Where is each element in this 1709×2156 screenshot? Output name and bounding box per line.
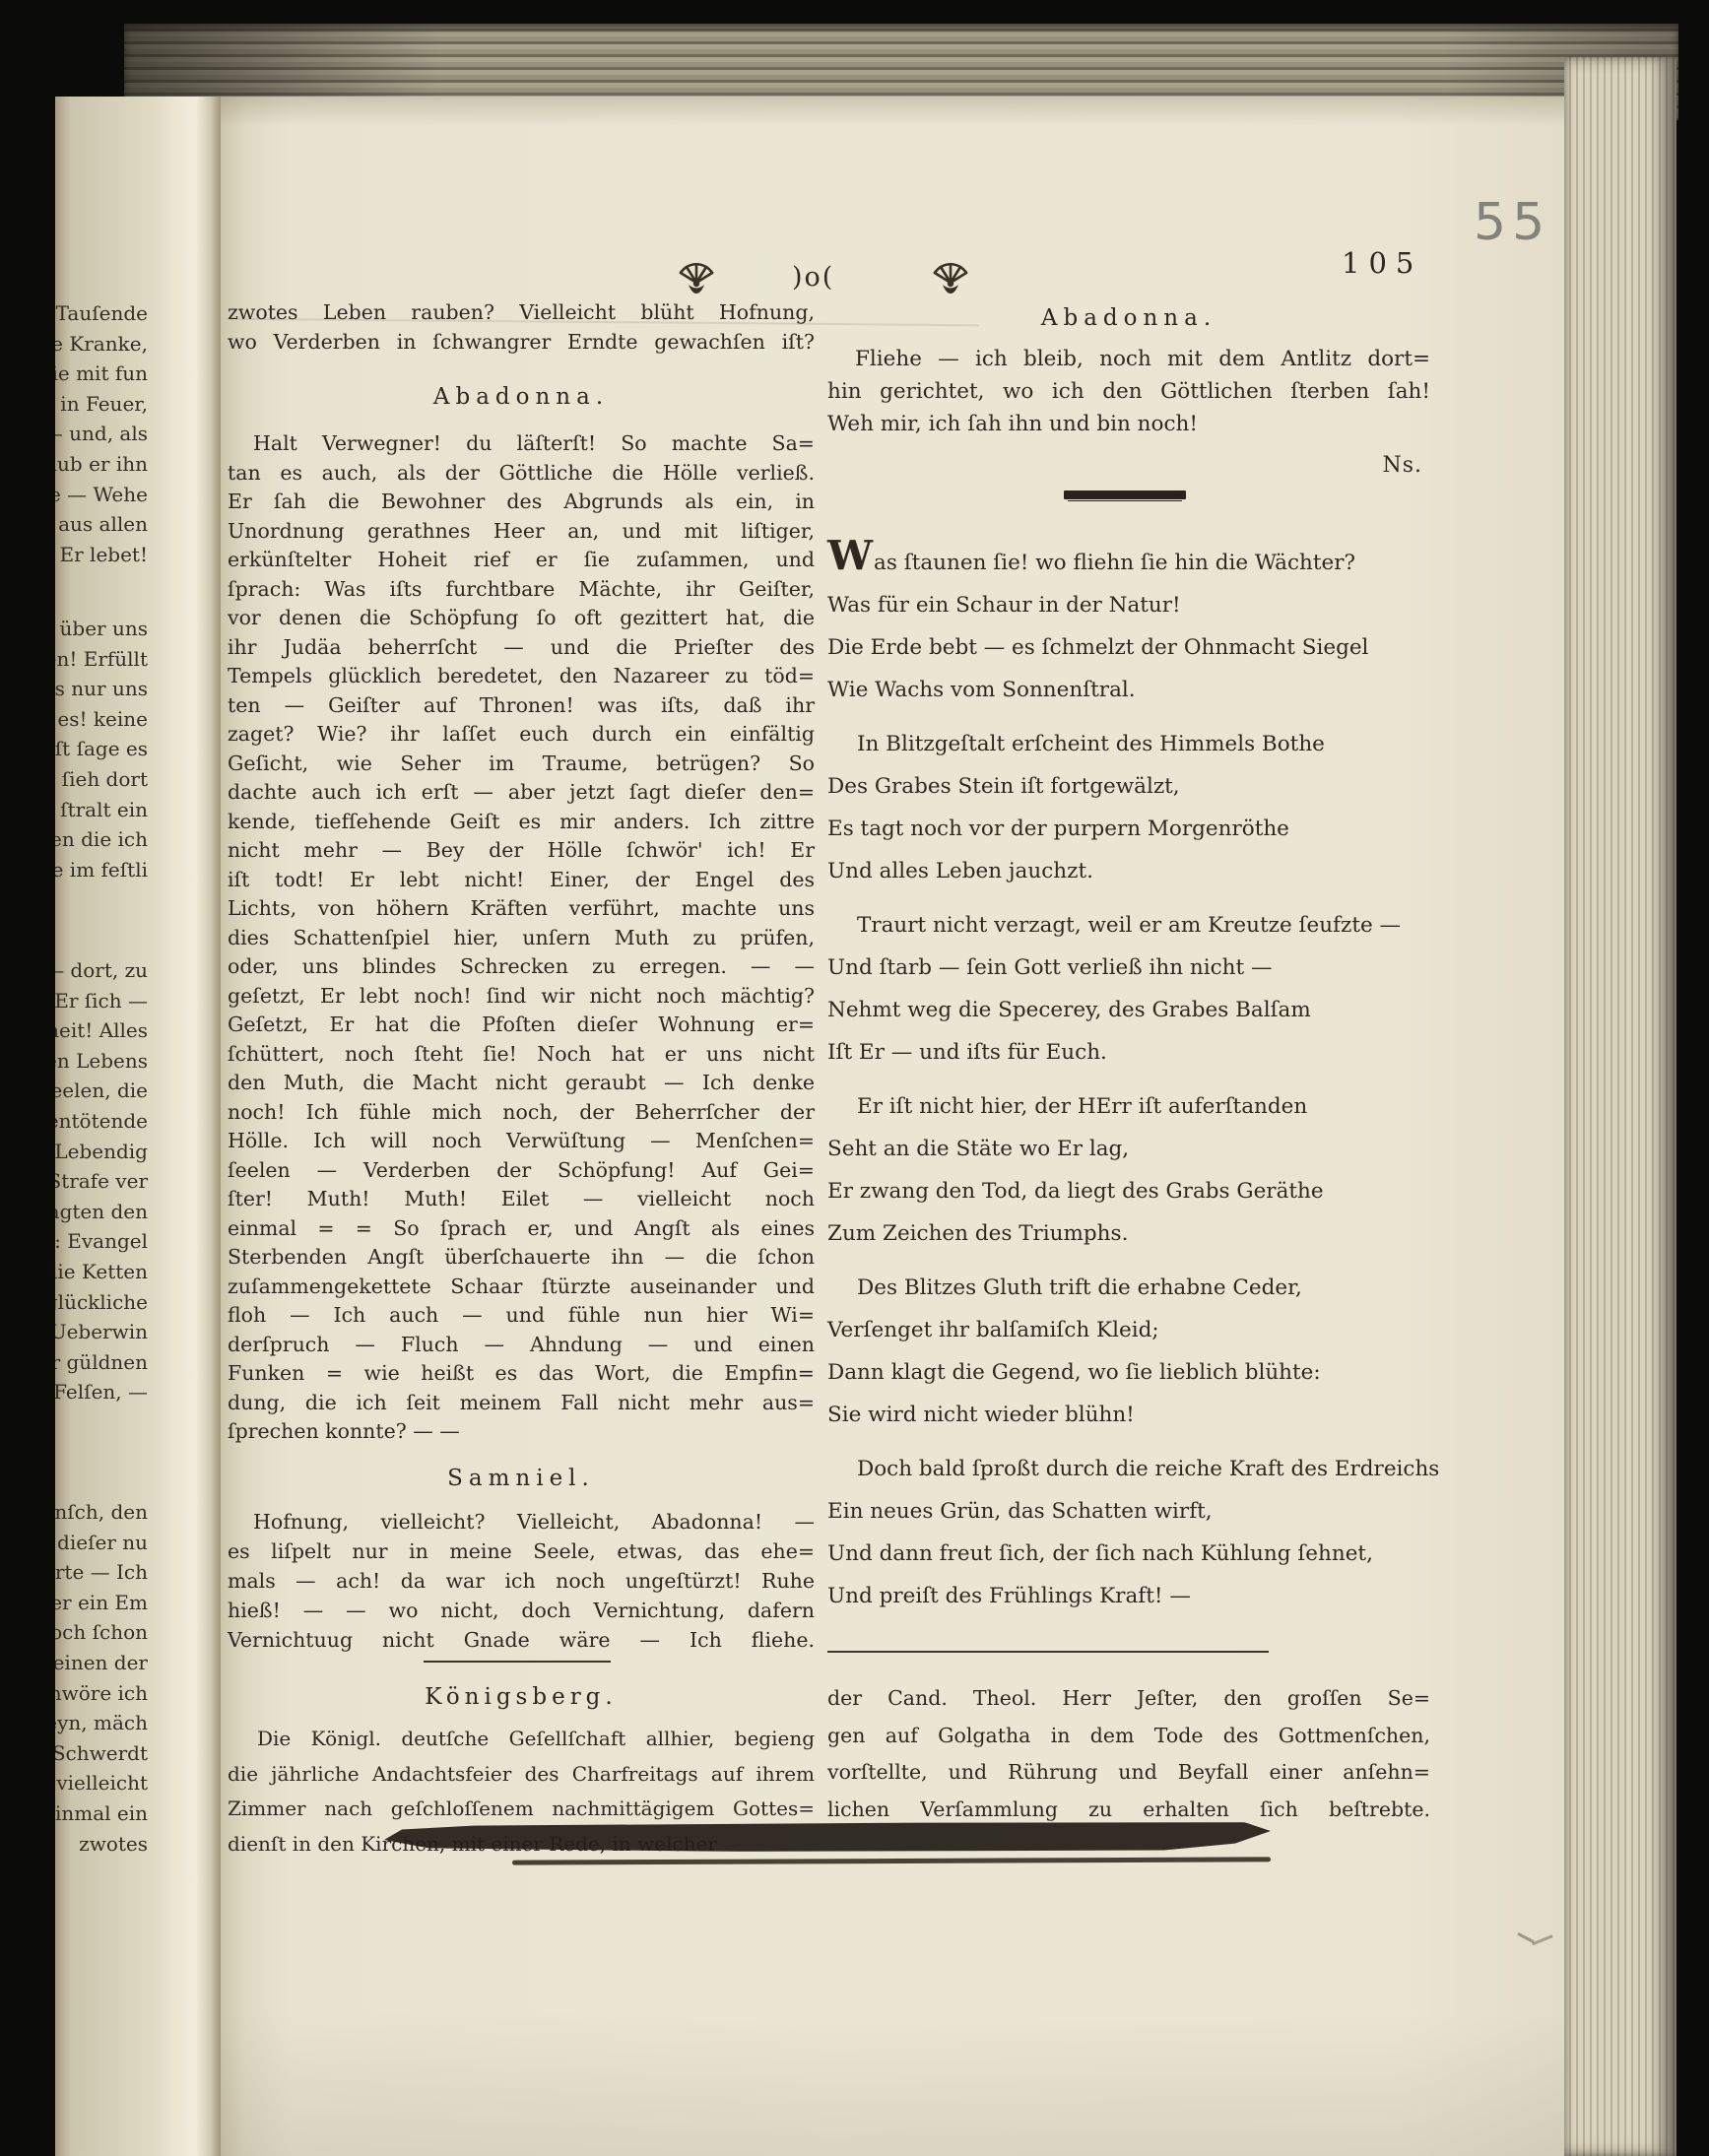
text-line: Und alles Leben jauchzt.	[827, 850, 1430, 892]
text-line: Gebeinen der	[55, 1648, 148, 1678]
section-rule	[424, 1661, 611, 1663]
text-line: ) ſelbſt ſage es	[55, 734, 148, 764]
text-line: den Muth, die Macht nicht geraubt — Ich …	[228, 1069, 815, 1098]
text-line: ihr Judäa beherrſcht — und die Prieſter …	[228, 633, 815, 663]
text-line: vorſtellte, und Rührung und Beyfall eine…	[827, 1754, 1430, 1792]
page-105: 55 105 )o(	[221, 97, 1564, 2156]
text-line: örte — Ich	[55, 1557, 148, 1588]
text-line: erkünſtelter Hoheit rief er ſie zuſammen…	[228, 546, 815, 575]
text-line: ndte Er ſich —	[55, 986, 148, 1016]
text-line: re, hub er ihn	[55, 449, 148, 480]
text-line: dies Schattenſpiel hier, unſern Muth zu …	[228, 924, 815, 953]
text-line: Und ſtarb — ſein Gott verließ ihn nicht …	[827, 947, 1430, 989]
text-line: Was ſtaunen ſie! wo fliehn ſie hin die W…	[827, 535, 1430, 584]
text-line: h als glückliche	[55, 1287, 148, 1318]
signature-mark: )o(	[792, 262, 834, 293]
text-line: In Blitzgeſtalt erſcheint des Himmels Bo…	[827, 723, 1430, 765]
text-line: es liſpelt nur in meine Seele, etwas, da…	[228, 1536, 815, 1566]
text-line: hin gerichtet, wo ich den Göttlichen ſte…	[827, 375, 1430, 408]
text-line: Geſetzt, Er hat die Pfoſten dieſer Wohnu…	[228, 1011, 815, 1040]
text-line: Weh mir, ich ſah ihn und bin noch!	[827, 408, 1430, 440]
text-line: die Seelen, die	[55, 1076, 148, 1106]
text-line: Doch bald ſproßt durch die reiche Kraft …	[827, 1448, 1430, 1490]
text-line: floh — Ich auch — und fühle nun hier Wi=	[228, 1301, 815, 1331]
text-line: dung, die ich ſeit meinem Fall nicht meh…	[228, 1389, 815, 1418]
text-line: hr, die über uns	[55, 614, 148, 644]
text-line: d beklagten den	[55, 1197, 148, 1227]
text-line: der Felſen, —	[55, 1377, 148, 1407]
text-line: wo Verderben in ſchwangrer Erndte gewach…	[228, 328, 815, 358]
text-line: elen die Ketten	[55, 1257, 148, 1287]
text-line: kende, tiefſehende Geiſt es mir anders. …	[228, 808, 815, 837]
text-line: Echo aus allen	[55, 509, 148, 540]
text-line: Nehmt weg die Specerey, des Grabes Balſa…	[827, 989, 1430, 1031]
samniel-speech-paragraph: Hofnung, vielleicht? Vielleicht, Abadonn…	[228, 1507, 815, 1655]
text-line: ten — Geiſter auf Thronen! was iſts, daß…	[228, 691, 815, 721]
fragment-group: ung — dort, zundte Er ſich —Freiheit! Al…	[55, 955, 148, 1407]
text-line: Des Blitzes Gluth trift die erhabne Cede…	[827, 1267, 1430, 1309]
text-line: die jährliche Andachtsfeier des Charfrei…	[228, 1757, 815, 1793]
text-line: Zimmer nach geſchloſſenem nachmittägigem…	[228, 1792, 815, 1827]
text-line: nicht mehr — Bey der Hölle ſchwör' ich! …	[228, 836, 815, 866]
text-line: zu ſeyn, mäch	[55, 1708, 148, 1738]
text-line: Lichts, von höhern Kräften verführt, mac…	[228, 894, 815, 924]
text-line: gen auf Golgatha in dem Tode des Gottmen…	[827, 1718, 1430, 1755]
ink-smear-bar	[384, 1822, 1271, 1852]
text-line: n Wunſch, den	[55, 1497, 148, 1528]
speaker-heading-abadonna: Abadonna.	[228, 384, 815, 410]
text-line: fte — und, als	[55, 419, 148, 449]
text-line: eten ſie mit fun	[55, 359, 148, 389]
text-line: noch! Ich fühle mich noch, der Beherrſch…	[228, 1098, 815, 1128]
handwritten-folio-number: 55	[1474, 193, 1550, 252]
text-line: mals — ach! da war ich noch ungeſtürzt! …	[228, 1566, 815, 1596]
text-line: chlingen! Erfüllt	[55, 644, 148, 675]
text-line: Zum Zeichen des Triumphs.	[827, 1212, 1430, 1255]
text-line: Und dann freut ſich, der ſich nach Kühlu…	[827, 1533, 1430, 1575]
stanza-gap	[827, 711, 1430, 723]
stanza-gap	[827, 1436, 1430, 1448]
text-line: hieß! — — wo nicht, doch Vernichtung, da…	[228, 1596, 815, 1625]
text-line: Seelen die ich	[55, 824, 148, 855]
printed-page-number: 105	[1342, 246, 1422, 280]
text-line: en ſie im feſtli	[55, 855, 148, 885]
fan-fleuron-icon	[676, 260, 717, 301]
text-line: Chaos nur uns	[55, 674, 148, 704]
text-line: des Ueberwin	[55, 1317, 148, 1347]
text-line: zwotes Leben rauben? Vielleicht blüht Ho…	[228, 298, 815, 328]
text-line: rten: Evangel	[55, 1226, 148, 1257]
text-line: ſter! Muth! Muth! Eilet — vielleicht noc…	[228, 1185, 815, 1214]
carryover-paragraph: zwotes Leben rauben? Vielleicht blüht Ho…	[228, 298, 815, 357]
text-line: derſpruch — Fluch — Ahndung — und einen	[228, 1331, 815, 1360]
text-line: iſt todt! Er lebt nicht! Einer, der Enge…	[228, 866, 815, 895]
text-line: ſtieſſen Tauſende	[55, 298, 148, 329]
text-line: ſprach: Was iſts furchtbare Mächte, ihr …	[228, 575, 815, 605]
author-initials: Ns.	[1382, 453, 1422, 478]
speaker-heading-abadonna-right: Abadonna.	[827, 305, 1430, 331]
text-line: vielleicht	[55, 1768, 148, 1798]
text-line: Iſt Er — und iſts für Euch.	[827, 1031, 1430, 1074]
fragment-group: hr, die über unschlingen! ErfülltChaos n…	[55, 614, 148, 884]
text-line: Traurt nicht verzagt, weil er am Kreutze…	[827, 904, 1430, 947]
text-line: onna! ſieh dort	[55, 764, 148, 795]
text-line: ens, ſtralt ein	[55, 795, 148, 825]
stanza-gap	[827, 1074, 1430, 1085]
fan-fleuron-icon	[930, 260, 971, 301]
text-line: einmal = = So ſprach er, und Angſt als e…	[228, 1214, 815, 1244]
text-line: oder ein Em	[55, 1588, 148, 1618]
abadonna-speech-paragraph: Halt Verwegner! du läſterſt! So machte S…	[228, 429, 815, 1447]
text-line: ſprechen konnte? — —	[228, 1417, 815, 1447]
text-line: Er zwang den Tod, da liegt des Grabs Ger…	[827, 1170, 1430, 1212]
news-heading-koenigsberg: Königsberg.	[228, 1684, 815, 1710]
text-line: Menſchentötende	[55, 1106, 148, 1137]
text-line: der Cand. Theol. Herr Jeſter, den groſſe…	[827, 1680, 1430, 1718]
fragment-group: ſtieſſen Tauſendech wie Kranke,eten ſie …	[55, 298, 148, 569]
text-line: Die Königl. deutſche Geſellſchaft allhie…	[228, 1722, 815, 1757]
easter-poem: Was ſtaunen ſie! wo fliehn ſie hin die W…	[827, 535, 1430, 1617]
text-line: ſeelen — Verderben der Schöpfung! Auf Ge…	[228, 1156, 815, 1186]
text-line: uns! Er lebet!	[55, 540, 148, 570]
text-line: Sie wird nicht wieder blühn!	[827, 1394, 1430, 1436]
text-line: ſchrie — Wehe	[55, 480, 148, 510]
stanza-gap	[827, 892, 1430, 904]
text-line: ſchüttert, noch ſteht ſie! Noch hat er u…	[228, 1040, 815, 1070]
text-line: Es tagt noch vor der purpern Morgenröthe	[827, 808, 1430, 850]
text-line: Wie Wachs vom Sonnenſtral.	[827, 669, 1430, 711]
thick-divider-bar	[1064, 490, 1186, 499]
abadonna-reply-paragraph: Fliehe — ich bleib, noch mit dem Antlitz…	[827, 343, 1430, 440]
text-line: vor denen die Schöpfung ſo oft gezittert…	[228, 604, 815, 633]
text-line: geſetzt, Er lebt noch! ſind wir nicht no…	[228, 982, 815, 1012]
text-line: Geſicht, wie Seher im Traume, betrügen? …	[228, 750, 815, 779]
text-line: d alles Lebendig	[55, 1137, 148, 1167]
text-line: Halt Verwegner! du läſterſt! So machte S…	[228, 429, 815, 459]
text-line: ühle es! keine	[55, 704, 148, 735]
text-line: Verſenget ihr balſamiſch Kleid;	[827, 1309, 1430, 1351]
text-line: Freiheit! Alles	[55, 1015, 148, 1046]
text-line: Tempels glücklich beredetet, den Nazaree…	[228, 662, 815, 691]
text-line: iefe dieſer nu	[55, 1528, 148, 1558]
text-line: Vernichtuug nicht Gnade wäre — Ich flieh…	[228, 1625, 815, 1655]
text-line: Die Erde bebt — es ſchmelzt der Ohnmacht…	[827, 626, 1430, 669]
text-line: ewigen Lebens	[55, 1046, 148, 1077]
text-line: oder doch ſchon	[55, 1617, 148, 1648]
speaker-heading-samniel: Samniel.	[228, 1466, 815, 1491]
text-line: Unordnung gerathnes Heer an, und mit liſ…	[228, 517, 815, 547]
text-line: zaget? Wie? ihr laſſet euch durch ein ei…	[228, 720, 815, 750]
text-line: och einmal ein	[55, 1798, 148, 1829]
text-line: Und preiſt des Frühlings Kraft! —	[827, 1575, 1430, 1617]
text-line: ieſes Schwerdt	[55, 1738, 148, 1769]
text-line: Sterbenden Angſt überſchauerte ihn — die…	[228, 1243, 815, 1273]
text-line: Fliehe — ich bleib, noch mit dem Antlitz…	[827, 343, 1430, 375]
previous-page-gutter: ſtieſſen Tauſendech wie Kranke,eten ſie …	[55, 97, 221, 2156]
text-line: oder, uns blindes Schrecken zu erregen. …	[228, 952, 815, 982]
text-line: Hölle. Ich will noch Verwüſtung — Menſch…	[228, 1127, 815, 1156]
text-line: Hofnung, vielleicht? Vielleicht, Abadonn…	[228, 1507, 815, 1536]
text-line: Funken = wie heißt es das Wort, die Empf…	[228, 1359, 815, 1389]
book-fore-edge-pages	[1564, 57, 1676, 2156]
text-line: tan es auch, als der Göttliche die Hölle…	[228, 459, 815, 489]
text-line: Was für ein Schaur in der Natur!	[827, 584, 1430, 626]
pencil-check-mark	[1517, 1932, 1534, 1943]
text-line: Des Grabes Stein iſt fortgewälzt,	[827, 765, 1430, 808]
text-line: dachte auch ich erſt — aber jetzt ſagt d…	[228, 778, 815, 808]
text-line: Ein neues Grün, das Schatten wirft,	[827, 1490, 1430, 1533]
text-line: Er ſah die Bewohner des Abgrunds als ein…	[228, 488, 815, 517]
text-line: Dann klagt die Gegend, wo ſie lieblich b…	[827, 1351, 1430, 1394]
text-line: ort der güldnen	[55, 1347, 148, 1378]
fragment-group: n Wunſch, deniefe dieſer nuörte — Ichode…	[55, 1497, 148, 1859]
text-line: zuſammengekettete Schaar ſtürzte auseina…	[228, 1273, 815, 1302]
text-line: zwotes	[55, 1829, 148, 1860]
stanza-gap	[827, 1255, 1430, 1267]
section-rule	[827, 1651, 1269, 1653]
text-line: n Fuß in Feuer,	[55, 389, 148, 420]
text-line: die Strafe ver	[55, 1166, 148, 1197]
text-line: ung — dort, zu	[55, 955, 148, 986]
text-line: ch wie Kranke,	[55, 329, 148, 359]
text-line: Seht an die Stäte wo Er lag,	[827, 1128, 1430, 1170]
koenigsberg-news-continuation: der Cand. Theol. Herr Jeſter, den groſſe…	[827, 1680, 1430, 1828]
text-line: aal ſchwöre ich	[55, 1678, 148, 1709]
book-scan: ſtieſſen Tauſendech wie Kranke,eten ſie …	[0, 0, 1709, 2156]
text-line: Er iſt nicht hier, der HErr iſt auferſta…	[827, 1085, 1430, 1128]
